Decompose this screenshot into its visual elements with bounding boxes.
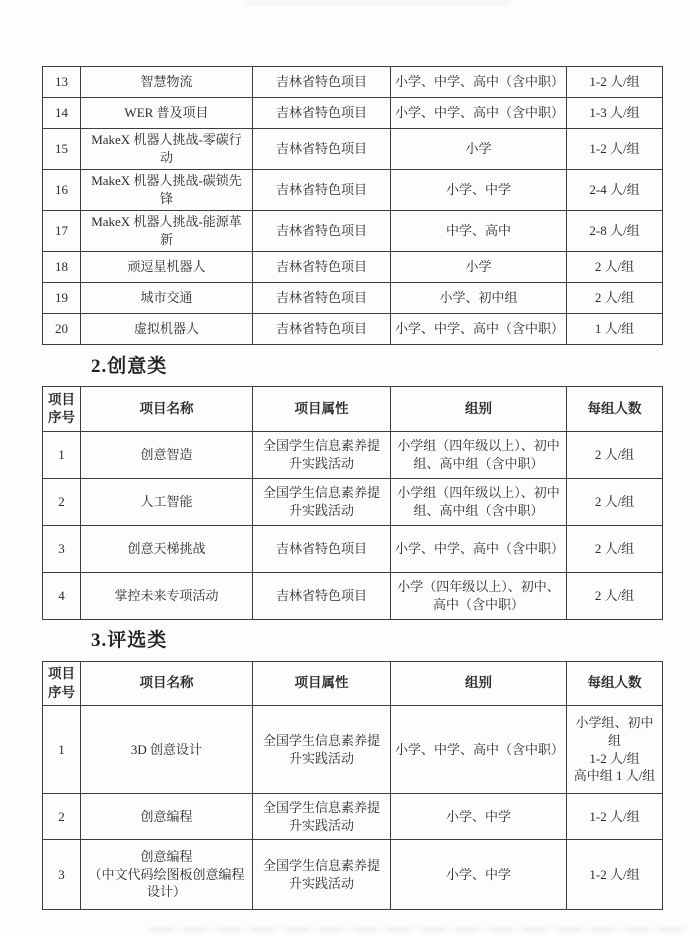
team-size-cell: 1-2 人/组	[567, 840, 663, 910]
project-attribute-cell: 吉林省特色项目	[253, 251, 391, 282]
team-size-cell: 1-2 人/组	[567, 129, 663, 170]
project-attribute-cell: 全国学生信息素养提升实践活动	[253, 479, 391, 526]
table-row: 18顽逗星机器人吉林省特色项目小学2 人/组	[43, 251, 663, 282]
table-head: 项目 序号项目名称项目属性组别每组人数	[43, 662, 663, 706]
project-attribute-cell: 吉林省特色项目	[253, 98, 391, 129]
column-header: 组别	[391, 387, 567, 432]
row-number-cell: 1	[43, 432, 81, 479]
team-size-cell: 2-4 人/组	[567, 169, 663, 210]
team-size-cell: 2 人/组	[567, 573, 663, 620]
creative-projects-table: 项目 序号项目名称项目属性组别每组人数 1创意智造全国学生信息素养提升实践活动小…	[42, 386, 663, 620]
column-header: 每组人数	[567, 387, 663, 432]
table-row: 17MakeX 机器人挑战-能源革新吉林省特色项目中学、高中2-8 人/组	[43, 210, 663, 251]
row-number-cell: 17	[43, 210, 81, 251]
project-attribute-cell: 吉林省特色项目	[253, 573, 391, 620]
row-number-cell: 3	[43, 840, 81, 910]
review-section-heading: 3.评选类	[91, 629, 700, 654]
project-name-cell: 顽逗星机器人	[81, 251, 253, 282]
team-size-cell: 1-2 人/组	[567, 67, 663, 98]
table-row: 16MakeX 机器人挑战-碳锁先锋吉林省特色项目小学、中学2-4 人/组	[43, 169, 663, 210]
project-name-cell: 创意天梯挑战	[81, 526, 253, 573]
group-cell: 小学	[391, 251, 567, 282]
project-attribute-cell: 吉林省特色项目	[253, 313, 391, 344]
row-number-cell: 3	[43, 526, 81, 573]
project-attribute-cell: 全国学生信息素养提升实践活动	[253, 794, 391, 840]
project-name-cell: 创意编程 （中文代码绘图板创意编程 设计）	[81, 840, 253, 910]
group-cell: 小学、中学、高中（含中职）	[391, 313, 567, 344]
table-row: 2创意编程全国学生信息素养提升实践活动小学、中学1-2 人/组	[43, 794, 663, 840]
table-row: 15MakeX 机器人挑战-零碳行动吉林省特色项目小学1-2 人/组	[43, 129, 663, 170]
team-size-cell: 2 人/组	[567, 479, 663, 526]
table-row: 13D 创意设计全国学生信息素养提升实践活动小学、中学、高中（含中职）小学组、初…	[43, 706, 663, 794]
group-cell: 小学组（四年级以上）、初中组、高中组（含中职）	[391, 479, 567, 526]
project-attribute-cell: 全国学生信息素养提升实践活动	[253, 432, 391, 479]
team-size-cell: 小学组、初中组 1-2 人/组 高中组 1 人/组	[567, 706, 663, 794]
creative-section-heading: 2.创意类	[91, 355, 700, 380]
table-row: 20虚拟机器人吉林省特色项目小学、中学、高中（含中职）1 人/组	[43, 313, 663, 344]
project-attribute-cell: 吉林省特色项目	[253, 67, 391, 98]
table-row: 1创意智造全国学生信息素养提升实践活动小学组（四年级以上）、初中组、高中组（含中…	[43, 432, 663, 479]
robot-projects-table: 13智慧物流吉林省特色项目小学、中学、高中（含中职）1-2 人/组14WER 普…	[42, 66, 663, 345]
document-page: 13智慧物流吉林省特色项目小学、中学、高中（含中职）1-2 人/组14WER 普…	[0, 0, 700, 935]
table-row: 4掌控未来专项活动吉林省特色项目小学（四年级以上）、初中、高中（含中职）2 人/…	[43, 573, 663, 620]
column-header: 项目属性	[253, 387, 391, 432]
group-cell: 小学组（四年级以上）、初中组、高中组（含中职）	[391, 432, 567, 479]
row-number-cell: 2	[43, 479, 81, 526]
group-cell: 小学、中学	[391, 840, 567, 910]
project-name-cell: 掌控未来专项活动	[81, 573, 253, 620]
row-number-cell: 19	[43, 282, 81, 313]
column-header: 项目名称	[81, 662, 253, 706]
project-name-cell: 创意智造	[81, 432, 253, 479]
scan-bleed-mark-top	[245, 1, 510, 5]
table-body: 1创意智造全国学生信息素养提升实践活动小学组（四年级以上）、初中组、高中组（含中…	[43, 432, 663, 620]
table-row: 14WER 普及项目吉林省特色项目小学、中学、高中（含中职）1-3 人/组	[43, 98, 663, 129]
group-cell: 小学、中学、高中（含中职）	[391, 98, 567, 129]
group-cell: 中学、高中	[391, 210, 567, 251]
project-attribute-cell: 吉林省特色项目	[253, 282, 391, 313]
row-number-cell: 20	[43, 313, 81, 344]
scan-bleed-mark-bottom	[150, 927, 690, 932]
table-row: 3创意编程 （中文代码绘图板创意编程 设计）全国学生信息素养提升实践活动小学、中…	[43, 840, 663, 910]
project-attribute-cell: 吉林省特色项目	[253, 169, 391, 210]
project-attribute-cell: 吉林省特色项目	[253, 526, 391, 573]
team-size-cell: 1 人/组	[567, 313, 663, 344]
column-header: 项目属性	[253, 662, 391, 706]
project-name-cell: MakeX 机器人挑战-碳锁先锋	[81, 169, 253, 210]
project-name-cell: 3D 创意设计	[81, 706, 253, 794]
column-header: 项目 序号	[43, 662, 81, 706]
project-attribute-cell: 吉林省特色项目	[253, 129, 391, 170]
row-number-cell: 4	[43, 573, 81, 620]
column-header: 组别	[391, 662, 567, 706]
table-header-row: 项目 序号项目名称项目属性组别每组人数	[43, 387, 663, 432]
review-projects-table: 项目 序号项目名称项目属性组别每组人数 13D 创意设计全国学生信息素养提升实践…	[42, 661, 663, 910]
group-cell: 小学（四年级以上）、初中、高中（含中职）	[391, 573, 567, 620]
project-attribute-cell: 全国学生信息素养提升实践活动	[253, 706, 391, 794]
column-header: 项目 序号	[43, 387, 81, 432]
group-cell: 小学	[391, 129, 567, 170]
project-attribute-cell: 全国学生信息素养提升实践活动	[253, 840, 391, 910]
table-row: 3创意天梯挑战吉林省特色项目小学、中学、高中（含中职）2 人/组	[43, 526, 663, 573]
project-name-cell: 城市交通	[81, 282, 253, 313]
project-attribute-cell: 吉林省特色项目	[253, 210, 391, 251]
team-size-cell: 2 人/组	[567, 282, 663, 313]
project-name-cell: 虚拟机器人	[81, 313, 253, 344]
group-cell: 小学、中学	[391, 794, 567, 840]
project-name-cell: 创意编程	[81, 794, 253, 840]
table-head: 项目 序号项目名称项目属性组别每组人数	[43, 387, 663, 432]
group-cell: 小学、初中组	[391, 282, 567, 313]
group-cell: 小学、中学、高中（含中职）	[391, 706, 567, 794]
table-row: 2人工智能全国学生信息素养提升实践活动小学组（四年级以上）、初中组、高中组（含中…	[43, 479, 663, 526]
group-cell: 小学、中学、高中（含中职）	[391, 67, 567, 98]
table-row: 19城市交通吉林省特色项目小学、初中组2 人/组	[43, 282, 663, 313]
project-name-cell: 人工智能	[81, 479, 253, 526]
project-name-cell: WER 普及项目	[81, 98, 253, 129]
section-creative: 2.创意类 项目 序号项目名称项目属性组别每组人数 1创意智造全国学生信息素养提…	[0, 355, 700, 621]
row-number-cell: 2	[43, 794, 81, 840]
team-size-cell: 1-3 人/组	[567, 98, 663, 129]
team-size-cell: 1-2 人/组	[567, 794, 663, 840]
row-number-cell: 1	[43, 706, 81, 794]
row-number-cell: 18	[43, 251, 81, 282]
row-number-cell: 13	[43, 67, 81, 98]
row-number-cell: 14	[43, 98, 81, 129]
project-name-cell: 智慧物流	[81, 67, 253, 98]
row-number-cell: 16	[43, 169, 81, 210]
table-body: 13智慧物流吉林省特色项目小学、中学、高中（含中职）1-2 人/组14WER 普…	[43, 67, 663, 345]
section-review: 3.评选类 项目 序号项目名称项目属性组别每组人数 13D 创意设计全国学生信息…	[0, 629, 700, 910]
team-size-cell: 2 人/组	[567, 526, 663, 573]
project-name-cell: MakeX 机器人挑战-零碳行动	[81, 129, 253, 170]
group-cell: 小学、中学	[391, 169, 567, 210]
row-number-cell: 15	[43, 129, 81, 170]
column-header: 每组人数	[567, 662, 663, 706]
table-row: 13智慧物流吉林省特色项目小学、中学、高中（含中职）1-2 人/组	[43, 67, 663, 98]
section-robot-projects-continued: 13智慧物流吉林省特色项目小学、中学、高中（含中职）1-2 人/组14WER 普…	[0, 66, 700, 345]
team-size-cell: 2-8 人/组	[567, 210, 663, 251]
team-size-cell: 2 人/组	[567, 251, 663, 282]
table-header-row: 项目 序号项目名称项目属性组别每组人数	[43, 662, 663, 706]
table-body: 13D 创意设计全国学生信息素养提升实践活动小学、中学、高中（含中职）小学组、初…	[43, 706, 663, 910]
column-header: 项目名称	[81, 387, 253, 432]
project-name-cell: MakeX 机器人挑战-能源革新	[81, 210, 253, 251]
team-size-cell: 2 人/组	[567, 432, 663, 479]
group-cell: 小学、中学、高中（含中职）	[391, 526, 567, 573]
